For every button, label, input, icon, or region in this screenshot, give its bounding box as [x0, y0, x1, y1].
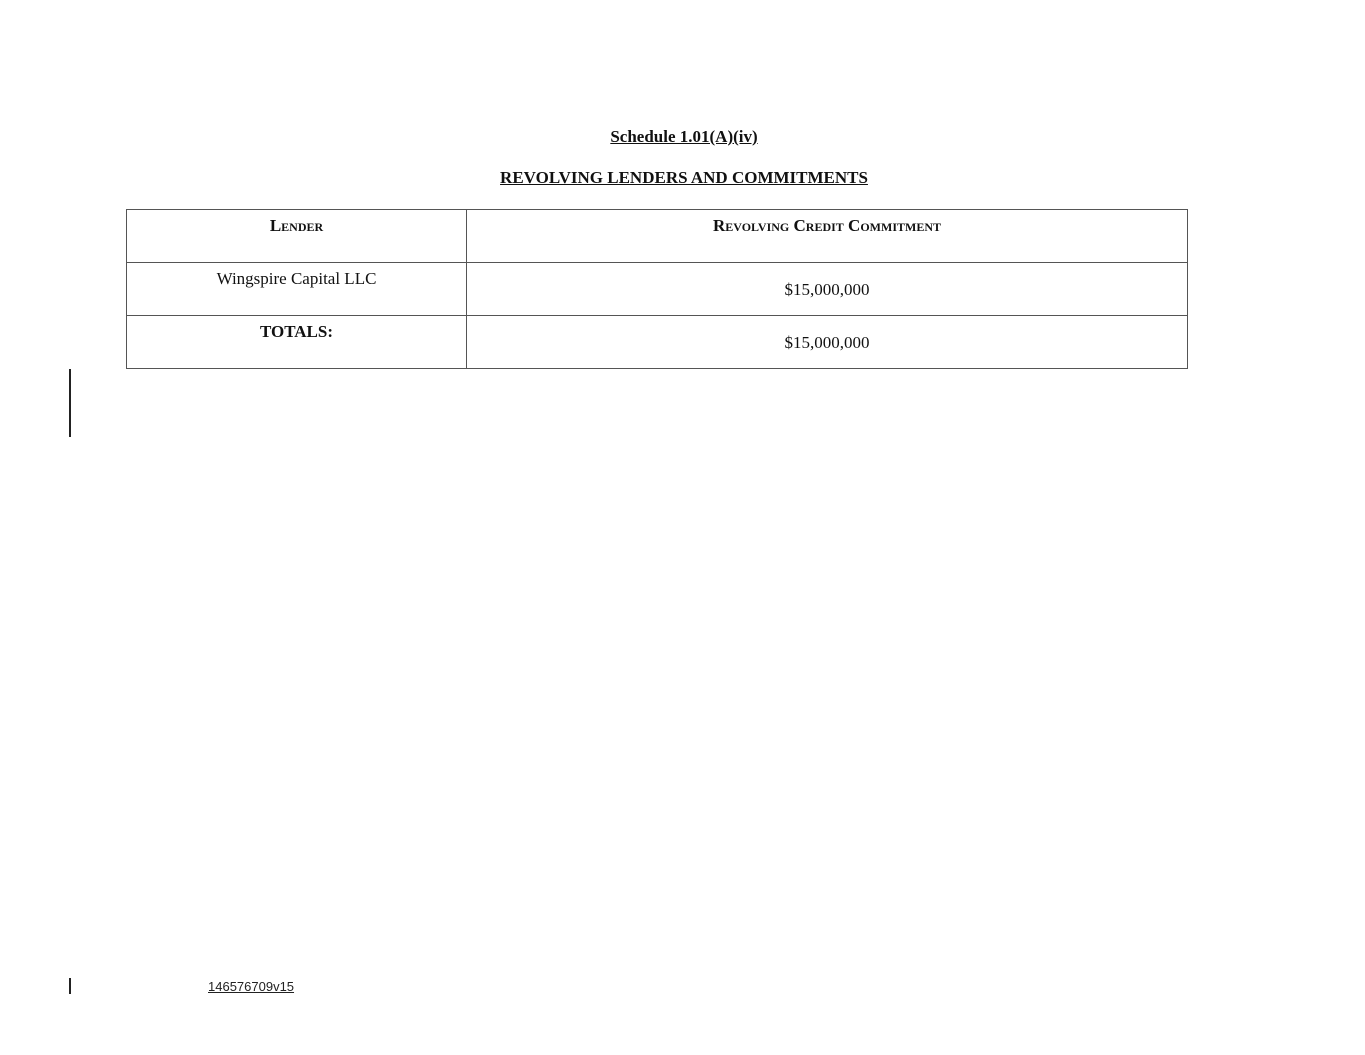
header-lender: Lender	[127, 210, 467, 263]
footer-doc-id: 146576709v15	[208, 979, 294, 994]
header-commitment: Revolving Credit Commitment	[467, 210, 1188, 263]
revision-change-bar	[69, 978, 71, 994]
totals-row: TOTALS: $15,000,000	[127, 316, 1188, 369]
totals-label-cell: TOTALS:	[127, 316, 467, 369]
table-row: Wingspire Capital LLC $15,000,000	[127, 263, 1188, 316]
schedule-heading: REVOLVING LENDERS AND COMMITMENTS	[0, 168, 1365, 188]
revision-change-bar	[69, 369, 71, 437]
totals-amount: $15,000,000	[467, 316, 1187, 353]
lender-name-cell: Wingspire Capital LLC	[127, 263, 467, 316]
table-header-row: Lender Revolving Credit Commitment	[127, 210, 1188, 263]
commitments-table: Lender Revolving Credit Commitment Wings…	[126, 209, 1188, 369]
commitment-cell: $15,000,000	[467, 263, 1188, 316]
totals-label: TOTALS:	[260, 322, 333, 341]
commitment-amount: $15,000,000	[467, 263, 1187, 300]
lender-name: Wingspire Capital LLC	[217, 269, 377, 288]
schedule-title: Schedule 1.01(A)(iv)	[0, 127, 1365, 147]
totals-amount-cell: $15,000,000	[467, 316, 1188, 369]
